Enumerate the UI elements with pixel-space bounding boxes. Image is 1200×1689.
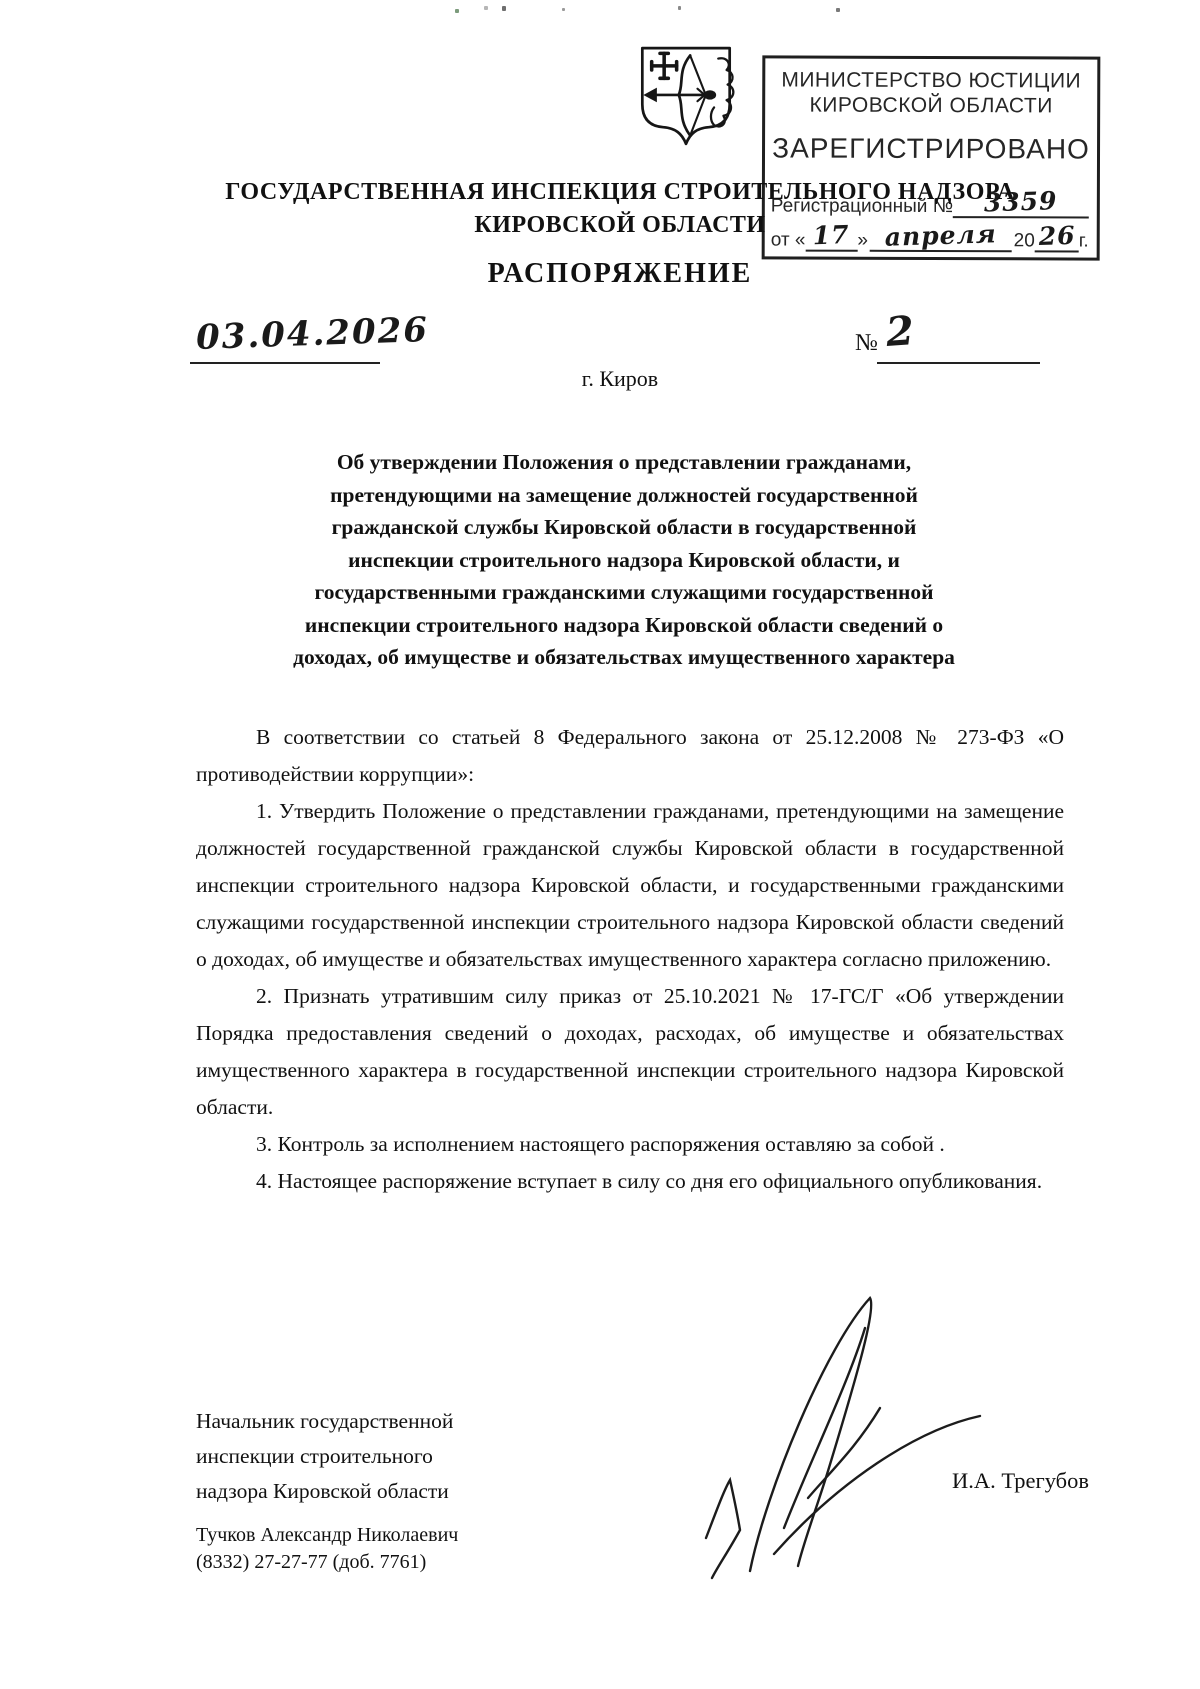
- body-paragraph-item-3: 3. Контроль за исполнением настоящего ра…: [196, 1126, 1064, 1163]
- scan-speckle: [836, 8, 840, 12]
- document-number-label: №: [855, 330, 878, 357]
- signature-block: Начальник государственной инспекции стро…: [196, 1404, 458, 1576]
- scanned-decree-page: МИНИСТЕРСТВО ЮСТИЦИИ КИРОВСКОЙ ОБЛАСТИ З…: [0, 0, 1200, 1689]
- decree-title-line: государственными гражданскими служащими …: [190, 576, 1058, 609]
- arrowhead: [643, 88, 657, 103]
- decree-title: Об утверждении Положения о представлении…: [190, 446, 1058, 674]
- body-paragraph-item-2: 2. Признать утратившим силу приказ от 25…: [196, 978, 1064, 1126]
- handwritten-document-date: 03.04.2026: [195, 310, 429, 358]
- scan-speckle: [502, 6, 506, 11]
- hand-grip: [704, 90, 716, 99]
- stamp-ministry-line1: МИНИСТЕРСТВО ЮСТИЦИИ: [765, 68, 1097, 93]
- executor-phone: (8332) 27-27-77 (доб. 7761): [196, 1549, 458, 1576]
- body-paragraph-item-1: 1. Утвердить Положение о представлении г…: [196, 793, 1064, 978]
- signer-position-line: Начальник государственной: [196, 1404, 458, 1439]
- stamp-ministry-line2: КИРОВСКОЙ ОБЛАСТИ: [765, 93, 1097, 118]
- kirov-coat-of-arms-icon: [626, 44, 746, 148]
- decree-title-line: Об утверждении Положения о представлении…: [190, 446, 1058, 479]
- body-paragraph-item-4: 4. Настоящее распоряжение вступает в сил…: [196, 1163, 1064, 1200]
- body-paragraph-preamble: В соответствии со статьей 8 Федерального…: [196, 719, 1064, 793]
- number-underline: [877, 362, 1040, 364]
- decree-title-line: претендующими на замещение должностей го…: [190, 479, 1058, 512]
- decree-title-line: доходах, об имуществе и обязательствах и…: [190, 641, 1058, 674]
- organization-name-line1: ГОСУДАРСТВЕННАЯ ИНСПЕКЦИЯ СТРОИТЕЛЬНОГО …: [150, 176, 1090, 209]
- handwritten-signature-icon: [688, 1266, 988, 1586]
- stamp-registered-label: ЗАРЕГИСТРИРОВАНО: [765, 132, 1097, 165]
- decree-title-line: инспекции строительного надзора Кировско…: [190, 544, 1058, 577]
- date-underline: [190, 362, 380, 364]
- scan-speckle: [562, 8, 565, 11]
- decree-title-line: инспекции строительного надзора Кировско…: [190, 609, 1058, 642]
- executor-name: Тучков Александр Николаевич: [196, 1522, 458, 1549]
- document-type-title: РАСПОРЯЖЕНИЕ: [150, 258, 1090, 290]
- scan-speckle: [455, 9, 459, 13]
- signer-position-line: инспекции строительного: [196, 1439, 458, 1474]
- executor-info: Тучков Александр Николаевич (8332) 27-27…: [196, 1522, 458, 1576]
- organization-name-line2: КИРОВСКОЙ ОБЛАСТИ: [150, 209, 1090, 242]
- decree-title-line: гражданской службы Кировской области в г…: [190, 511, 1058, 544]
- organization-name: ГОСУДАРСТВЕННАЯ ИНСПЕКЦИЯ СТРОИТЕЛЬНОГО …: [150, 176, 1090, 242]
- city-line: г. Киров: [150, 366, 1090, 392]
- decree-body: В соответствии со статьей 8 Федерального…: [196, 719, 1064, 1200]
- signer-position-line: надзора Кировской области: [196, 1474, 458, 1509]
- signer-name: И.А. Трегубов: [952, 1468, 1089, 1494]
- scan-speckle: [484, 6, 488, 10]
- handwritten-document-number: 2: [884, 307, 915, 356]
- scan-speckle: [678, 6, 681, 10]
